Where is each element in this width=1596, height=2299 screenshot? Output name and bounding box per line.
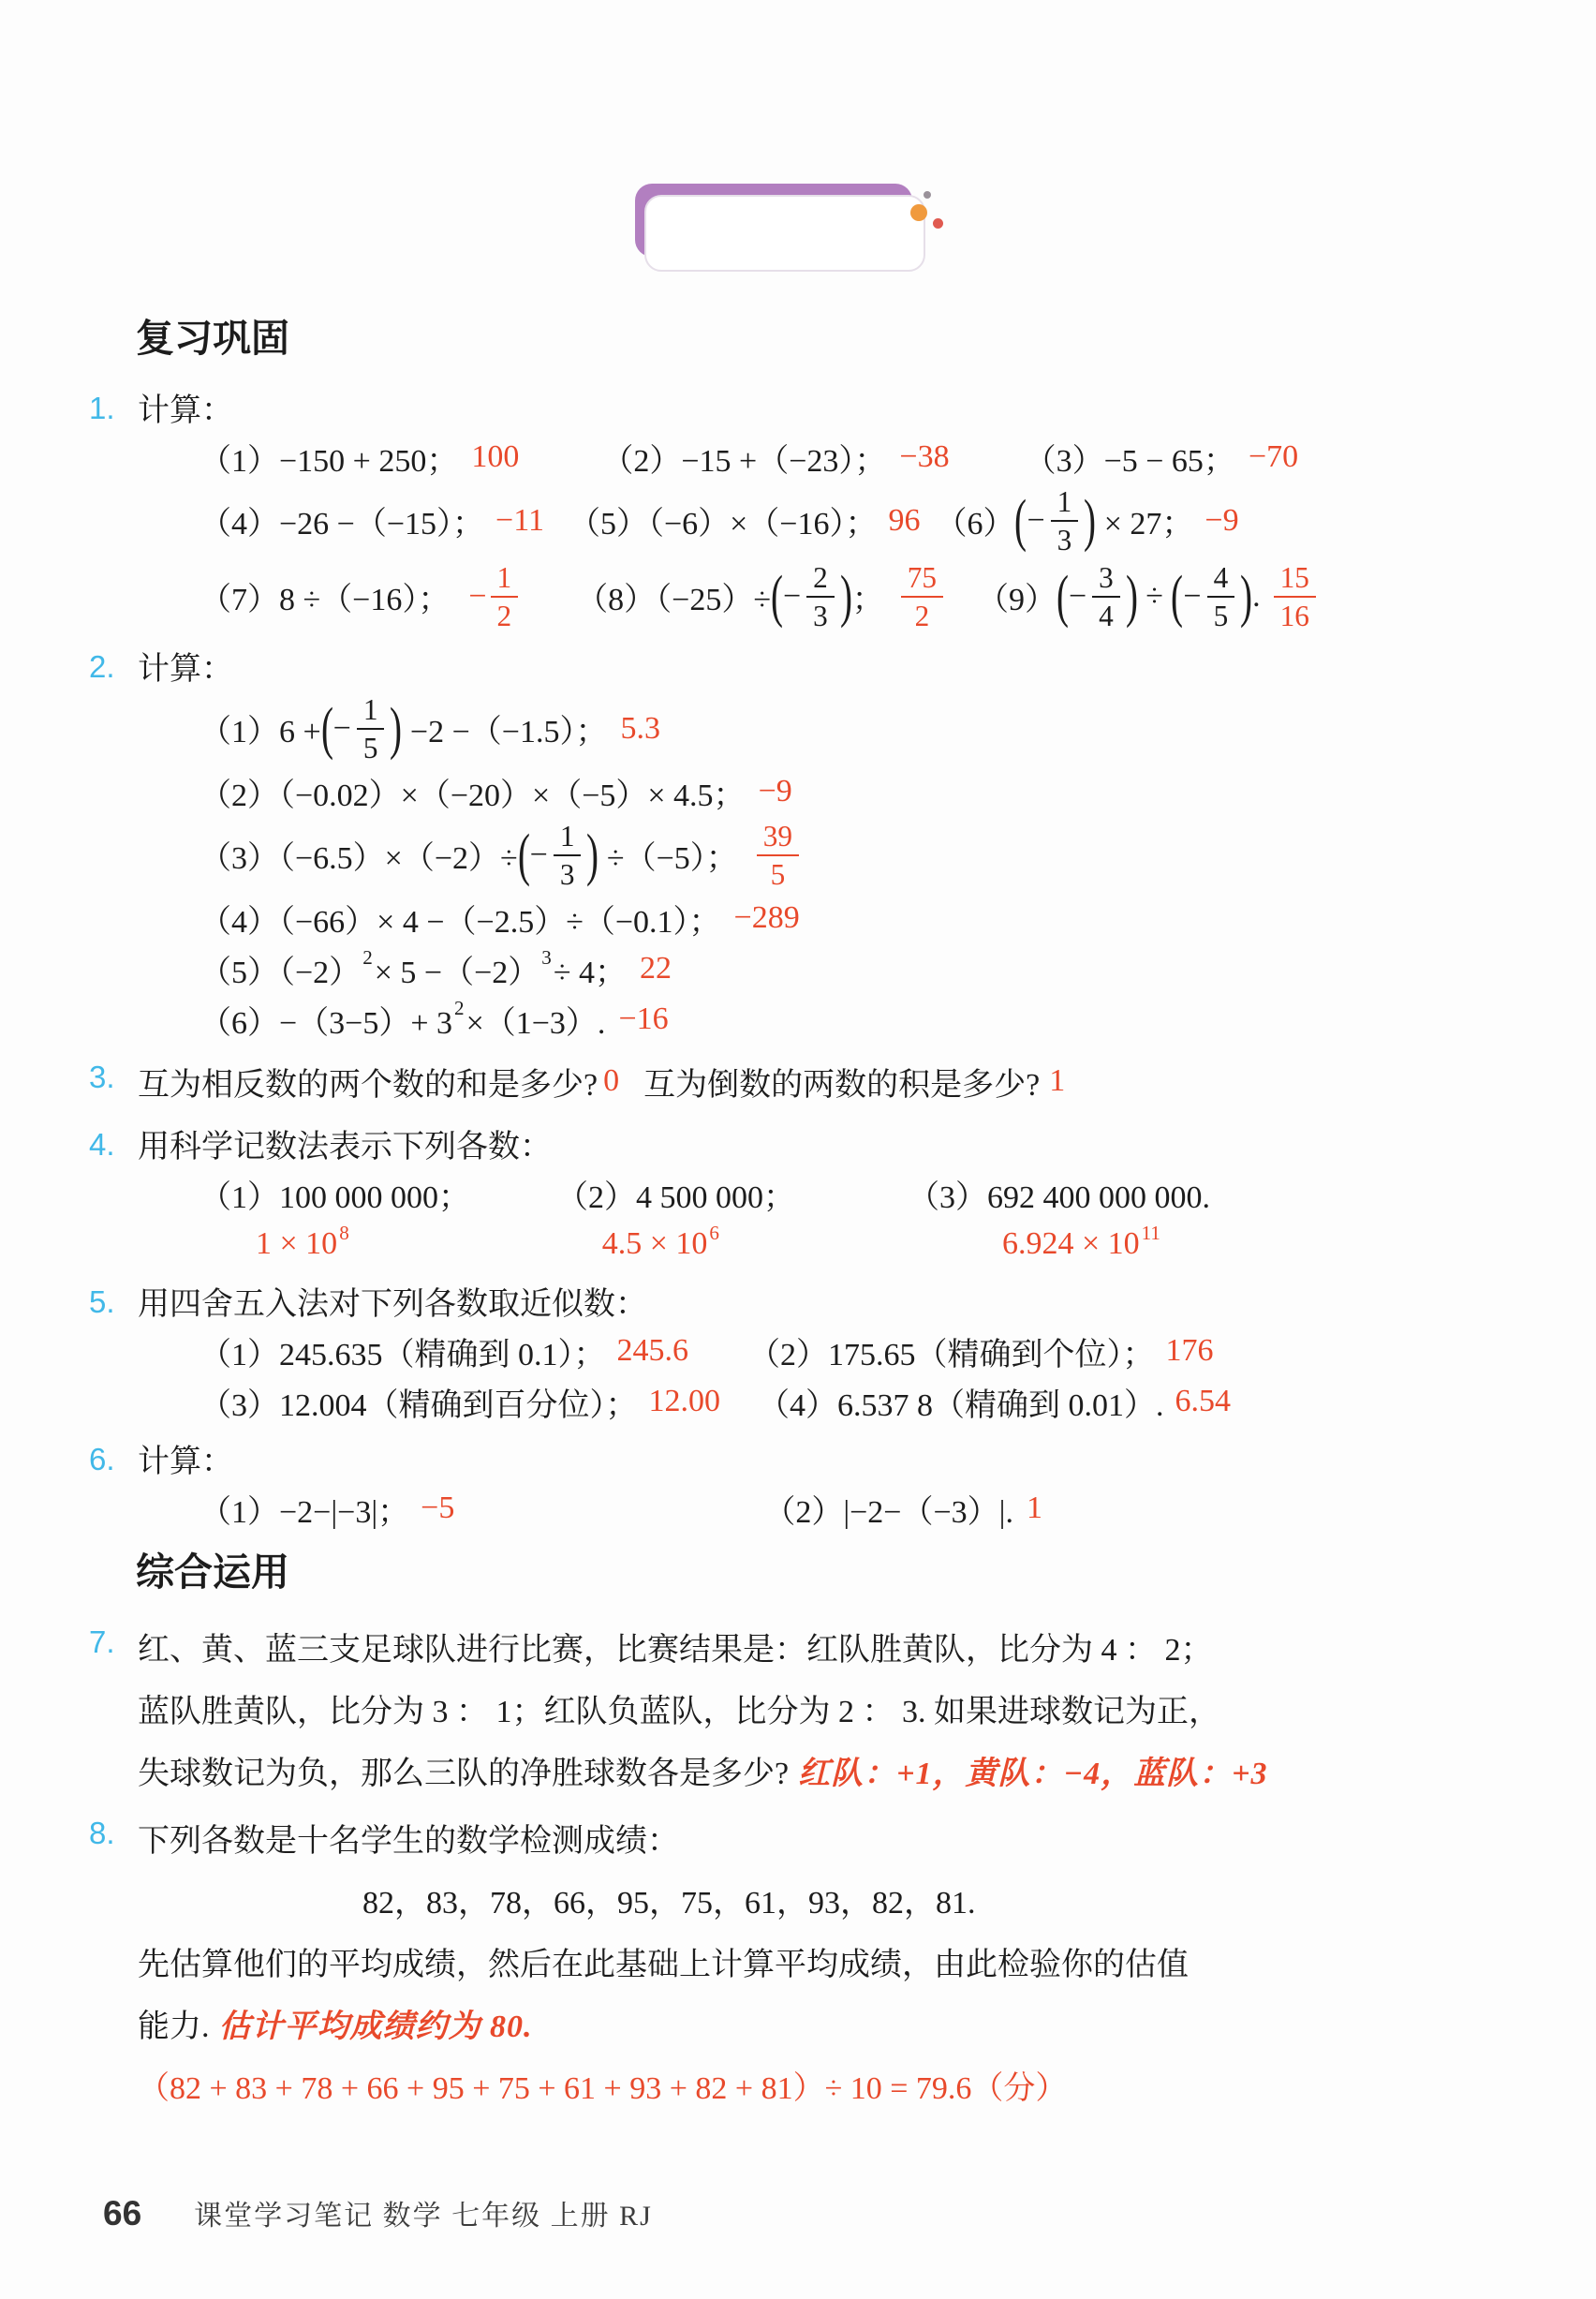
answer-text: −9 [759,774,792,809]
math-text: （2）−15 +（−23）； [601,435,886,481]
handwritten-answer: 红队：+1，黄队：−4，蓝队：+3 [798,1747,1267,1793]
fraction-numerator: 2 [806,560,835,598]
problem-number: 6. [89,1442,115,1477]
section-title: 复习巩固 [89,307,1531,363]
fraction-denominator: 3 [1057,522,1072,556]
superscript: 2 [362,946,373,970]
fraction: 13 [1051,484,1079,556]
problem: 8.下列各数是十名学生的数学检测成绩：82，83，78，66，95，75，61，… [89,1808,1531,2114]
fraction: 23 [806,560,835,632]
fraction-stack: 395 [757,819,799,891]
problem-number: 2. [89,649,115,685]
math-text: （5）（−2） [199,946,361,992]
page-content: 复习巩固1.计算：（1）−150 + 250；100（2）−15 +（−23）；… [89,302,1531,2123]
problem-row: 蓝队胜黄队，比分为 3 ： 1；红队负蓝队，比分为 2 ： 3. 如果进球数记为… [138,1679,1531,1737]
problem-row: 下列各数是十名学生的数学检测成绩： [138,1808,1531,1866]
math-text: − [783,579,801,615]
problem-row: （3）（−6.5）×（−2）÷(−13) ÷（−5）；395 [138,819,1531,891]
answer-text: −5 [421,1491,454,1526]
problem: 1.计算：（1）−150 + 250；100（2）−15 +（−23）；−38（… [89,383,1531,632]
math-text: （1）245.635（精确到 0.1）； [199,1328,606,1374]
fraction-minus: − [468,579,486,615]
fraction-denominator: 4 [1099,598,1114,632]
fraction-denominator: 2 [497,598,512,632]
math-text: − [1183,579,1201,615]
math-text: 能力. [138,2000,210,2046]
fraction: 45 [1207,560,1235,632]
math-text: （3）692 400 000 000. [908,1171,1210,1217]
answer-superscript: 11 [1142,1222,1160,1245]
fraction-numerator: 1 [357,692,385,730]
answer-text: −70 [1249,439,1298,475]
math-text: ÷ [1138,579,1172,615]
answer-text: −289 [734,900,800,936]
big-paren: ( [321,702,333,755]
math-text: （8）（−25）÷ [576,573,771,619]
math-text: （6） [935,497,1014,543]
problem: 2.计算：（1）6 +(−15) −2 −（−1.5）；5.3（2）（−0.02… [89,642,1531,1043]
problem-row: （1）−2−|−3|；−5（2）|−2−（−3）|.1 [138,1485,1531,1532]
problem-number: 3. [89,1060,115,1095]
math-text: ×（1−3）. [466,997,606,1043]
answer-text: 22 [640,951,672,986]
section-title: 综合运用 [89,1541,1531,1596]
big-paren: ( [1057,570,1069,623]
decor-dot-orange [910,204,927,221]
math-text: 互为倒数的两数的积是多少? [643,1059,1040,1105]
big-paren: ) [840,570,852,623]
problem-body: 计算：（1）6 +(−15) −2 −（−1.5）；5.3（2）（−0.02）×… [138,642,1531,1043]
answer-superscript: 6 [709,1222,719,1245]
answer-text: 4.5 × 10 [602,1226,708,1262]
answer-text: 6.54 [1175,1384,1232,1419]
problem-row: （82 + 83 + 78 + 66 + 95 + 75 + 61 + 93 +… [138,2055,1531,2114]
problem-label: 用科学记数法表示下列各数： [138,1120,552,1166]
math-text: − [1069,579,1086,615]
math-text: （6）−（3−5）+ 3 [199,997,452,1043]
problem-label: 计算： [138,1435,233,1481]
answer-text: （82 + 83 + 78 + 66 + 95 + 75 + 61 + 93 +… [138,2062,1067,2108]
math-text: 红、黄、蓝三支足球队进行比赛，比赛结果是：红队胜黄队，比分为 4 ： 2； [138,1624,1213,1669]
problem: 7.红、黄、蓝三支足球队进行比赛，比赛结果是：红队胜黄队，比分为 4 ： 2；蓝… [89,1617,1531,1799]
problem: 3.互为相反数的两个数的和是多少?0互为倒数的两数的积是多少?1 [89,1052,1531,1110]
problem-row: （1）6 +(−15) −2 −（−1.5）；5.3 [138,692,1531,764]
answer-text: 1 × 10 [256,1226,337,1262]
answer-text: 176 [1166,1333,1214,1369]
fraction-denominator: 3 [560,856,575,891]
big-paren: ) [1084,494,1096,547]
fraction: 15 [357,692,385,764]
fraction-stack: 34 [1092,560,1120,632]
problem-row: （4）（−66）× 4 −（−2.5）÷（−0.1）；−289 [138,895,1531,942]
big-paren: ( [518,828,530,882]
answer-fraction: 752 [901,560,943,632]
problem-body: 互为相反数的两个数的和是多少?0互为倒数的两数的积是多少?1 [138,1052,1531,1110]
superscript: 2 [454,997,465,1020]
math-text: （7）8 ÷（−16）； [199,573,450,619]
math-text: 蓝队胜黄队，比分为 3 ： 1；红队负蓝队，比分为 2 ： 3. 如果进球数记为… [138,1685,1220,1731]
problem-body: 计算：（1）−2−|−3|；−5（2）|−2−（−3）|.1 [138,1434,1531,1532]
problem-number: 7. [89,1624,115,1660]
math-text: （1）−2−|−3|； [199,1486,409,1532]
answer-text: 0 [603,1063,619,1099]
answer-text: 96 [888,503,920,539]
problem-label: 计算： [138,384,233,430]
answer-fraction: 1516 [1274,560,1316,632]
problem-body: 红、黄、蓝三支足球队进行比赛，比赛结果是：红队胜黄队，比分为 4 ： 2；蓝队胜… [138,1617,1531,1799]
math-text: 82，83，78，66，95，75，61，93，82，81. [362,1876,976,1922]
fraction-stack: 45 [1207,560,1235,632]
big-paren: ) [586,828,598,882]
math-text: . [1252,579,1261,615]
big-paren: ( [1171,570,1183,623]
problem-number: 1. [89,391,115,426]
problem-row: （4）−26 −（−15）；−11（5）（−6）×（−16）；96（6）(−13… [138,484,1531,556]
answer-text: −11 [495,503,544,539]
problem-body: 用四舍五入法对下列各数取近似数：（1）245.635（精确到 0.1）；245.… [138,1277,1531,1425]
textbook-page: 复习题 2 复习巩固1.计算：（1）−150 + 250；100（2）−15 +… [0,0,1596,2299]
problem-body: 计算：（1）−150 + 250；100（2）−15 +（−23）；−38（3）… [138,383,1531,632]
math-text: −2 −（−1.5）； [402,705,607,751]
math-text: （2）175.65（精确到个位）； [748,1328,1155,1374]
answer-text: −16 [618,1001,668,1037]
math-text: （4）6.537 8（精确到 0.01）. [758,1379,1164,1425]
footer-text: 课堂学习笔记 数学 七年级 上册 RJ [194,2192,653,2233]
fraction-stack: 12 [491,560,519,632]
fraction: 34 [1092,560,1120,632]
math-text: ÷ 4； [554,946,627,992]
answer-text: 6.924 × 10 [1002,1226,1140,1262]
problem-row: 互为相反数的两个数的和是多少?0互为倒数的两数的积是多少?1 [138,1052,1531,1110]
problem-label: 计算： [138,643,233,689]
fraction-numerator: 1 [491,560,519,598]
answer-fraction: 395 [757,819,799,891]
fraction-numerator: 1 [1051,484,1079,522]
big-paren: ( [771,570,783,623]
fraction-denominator: 2 [915,598,930,632]
math-text: （9） [977,573,1057,619]
fraction: 13 [554,819,582,891]
problem-row: 先估算他们的平均成绩，然后在此基础上计算平均成绩，由此检验你的估值 [138,1932,1531,1990]
problem-label-row: 计算： [138,1434,1531,1481]
problem: 4.用科学记数法表示下列各数：（1）100 000 000；（2）4 500 0… [89,1120,1531,1268]
math-text: （3）12.004（精确到百分位）； [199,1379,638,1425]
problem-row: 能力.估计平均成绩约为 80. [138,1994,1531,2052]
problem-row: （1）−150 + 250；100（2）−15 +（−23）；−38（3）−5 … [138,434,1531,481]
math-text: ； [852,573,884,619]
fraction-numerator: 39 [757,819,799,856]
big-paren: ) [390,702,402,755]
decor-dot-red [933,218,943,229]
answer-text: 1 [1027,1491,1042,1526]
math-text: （4）−26 −（−15）； [199,497,484,543]
math-text: （2）4 500 000； [556,1171,795,1217]
big-paren: ) [1126,570,1138,623]
chapter-banner-title: 复习题 2 [686,190,863,250]
math-text: − [1027,503,1044,539]
fraction-numerator: 1 [554,819,582,856]
fraction-numerator: 4 [1207,560,1235,598]
problem-label-row: 计算： [138,383,1531,430]
answer-fraction: −12 [468,560,518,632]
chapter-banner: 复习题 2 [635,184,912,257]
problem-row: 82，83，78，66，95，75，61，93，82，81. [138,1870,1531,1928]
big-paren: ( [1014,494,1027,547]
answer-text: 1 [1049,1063,1065,1099]
math-text: 先估算他们的平均成绩，然后在此基础上计算平均成绩，由此检验你的估值 [138,1938,1189,1984]
problem: 6.计算：（1）−2−|−3|；−5（2）|−2−（−3）|.1 [89,1434,1531,1532]
problem-label-row: 用四舍五入法对下列各数取近似数： [138,1277,1531,1324]
problem-row: （1）100 000 000；（2）4 500 000；（3）692 400 0… [138,1170,1531,1217]
fraction-numerator: 15 [1274,560,1316,598]
fraction-numerator: 3 [1092,560,1120,598]
problem-row: 失球数记为负，那么三队的净胜球数各是多少?红队：+1，黄队：−4，蓝队：+3 [138,1741,1531,1799]
math-text: （1）100 000 000； [199,1171,470,1217]
math-text: （1）−150 + 250； [199,435,458,481]
math-text: 下列各数是十名学生的数学检测成绩： [138,1815,679,1861]
problem-number: 4. [89,1127,115,1163]
problem: 5.用四舍五入法对下列各数取近似数：（1）245.635（精确到 0.1）；24… [89,1277,1531,1425]
answer-text: −38 [899,439,949,475]
math-text: 互为相反数的两个数的和是多少? [138,1059,598,1105]
handwritten-answer: 估计平均成绩约为 80. [219,2000,533,2046]
math-text: （2）（−0.02）×（−20）×（−5）× 4.5； [199,769,746,815]
page-footer: 66 课堂学习笔记 数学 七年级 上册 RJ [103,2192,653,2233]
problem-label: 用四舍五入法对下列各数取近似数： [138,1278,647,1324]
math-text: 失球数记为负，那么三队的净胜球数各是多少? [138,1747,789,1793]
math-text: − [333,711,351,747]
fraction-numerator: 75 [901,560,943,598]
problem-row: （2）（−0.02）×（−20）×（−5）× 4.5；−9 [138,768,1531,815]
math-text: （2）|−2−（−3）|. [763,1486,1013,1532]
math-text: − [530,838,548,873]
superscript: 3 [541,946,552,970]
math-text: × 27； [1096,497,1193,543]
fraction-denominator: 3 [813,598,828,632]
fraction-denominator: 16 [1280,598,1309,632]
fraction-denominator: 5 [771,856,786,891]
problem-body: 下列各数是十名学生的数学检测成绩：82，83，78，66，95，75，61，93… [138,1808,1531,2114]
page-number: 66 [103,2194,141,2233]
problem-row: 1 × 1084.5 × 1066.924 × 1011 [138,1221,1531,1268]
answer-text: 100 [471,439,519,475]
fraction-stack: 752 [901,560,943,632]
decor-dot-gray [924,191,931,199]
math-text: （1）6 + [199,705,321,751]
answer-superscript: 8 [339,1222,349,1245]
answer-text: 12.00 [649,1384,721,1419]
fraction-stack: 15 [357,692,385,764]
problem-number: 5. [89,1284,115,1320]
math-text: （5）（−6）×（−16）； [569,497,878,543]
math-text: （3）（−6.5）×（−2）÷ [199,832,518,878]
fraction-denominator: 5 [363,730,378,764]
math-text: （3）−5 − 65； [1025,435,1235,481]
answer-text: −9 [1204,503,1238,539]
problem-label-row: 计算： [138,642,1531,689]
answer-text: 245.6 [617,1333,689,1369]
problem-body: 用科学记数法表示下列各数：（1）100 000 000；（2）4 500 000… [138,1120,1531,1268]
fraction-denominator: 5 [1214,598,1229,632]
problem-row: （5）（−2）2× 5 −（−2）3÷ 4；22 [138,945,1531,992]
big-paren: ) [1240,570,1252,623]
problem-label-row: 用科学记数法表示下列各数： [138,1120,1531,1166]
math-text: （4）（−66）× 4 −（−2.5）÷（−0.1）； [199,896,721,942]
problem-row: 红、黄、蓝三支足球队进行比赛，比赛结果是：红队胜黄队，比分为 4 ： 2； [138,1617,1531,1675]
fraction-stack: 23 [806,560,835,632]
fraction-stack: 13 [1051,484,1079,556]
problem-row: （3）12.004（精确到百分位）；12.00（4）6.537 8（精确到 0.… [138,1378,1531,1425]
answer-text: 5.3 [620,711,660,747]
fraction-stack: 1516 [1274,560,1316,632]
math-text: ÷（−5）； [598,832,737,878]
math-text: × 5 −（−2） [375,946,540,992]
problem-row: （7）8 ÷（−16）；−12（8）（−25）÷(−23)；752（9）(−34… [138,560,1531,632]
fraction-stack: 13 [554,819,582,891]
problem-row: （6）−（3−5）+ 32×（1−3）.−16 [138,996,1531,1043]
problem-number: 8. [89,1816,115,1851]
problem-row: （1）245.635（精确到 0.1）；245.6（2）175.65（精确到个位… [138,1327,1531,1374]
